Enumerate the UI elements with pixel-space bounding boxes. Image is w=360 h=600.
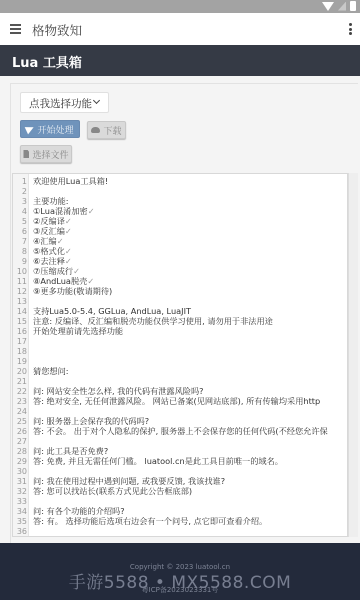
- editor-line: 17: [13, 336, 348, 346]
- line-number: 36: [13, 527, 27, 537]
- line-text: ③反汇编✓: [33, 226, 72, 236]
- line-text: 开始处理前请先选择功能: [33, 326, 123, 336]
- line-text: ⑧AndLua脱壳✓: [33, 276, 94, 286]
- line-content: ⑦压缩成行: [33, 266, 73, 276]
- status-bar: [0, 0, 360, 13]
- line-text: 猜您想问:: [33, 366, 69, 376]
- battery-icon: [350, 1, 356, 11]
- function-select[interactable]: 点我选择功能: [20, 92, 109, 113]
- editor-line: 23答: 绝对安全, 无任何泄露风险。 网站已备案(见网站底部), 所有传输均采…: [13, 396, 348, 406]
- line-text: ④汇编✓: [33, 236, 64, 246]
- line-content: 答: 有。 选择功能后选项右边会有一个问号, 点它即可查看介绍。: [33, 516, 267, 526]
- checkmark-icon: ✓: [65, 226, 72, 236]
- editor-line: 14支持Lua5.0-5.4, GGLua, AndLua, LuaJIT: [13, 306, 348, 316]
- line-text: 问: 此工具是否免费?: [33, 446, 108, 456]
- line-text: ⑨更多功能(敬请期待): [33, 286, 112, 296]
- editor-line: 4①Lua混淆加密✓: [13, 206, 348, 216]
- line-content: 问: 有各个功能的介绍吗?: [33, 506, 125, 516]
- line-text: 答: 不会。 出于对个人隐私的保护, 服务器上不会保存您的任何代码(不经您允许保: [33, 426, 328, 436]
- editor-line: 36: [13, 526, 348, 536]
- line-content: ⑤格式化: [33, 246, 65, 256]
- chevron-down-icon: [93, 97, 100, 104]
- line-content: ⑧AndLua脱壳: [33, 276, 87, 286]
- function-select-value: 点我选择功能: [29, 98, 92, 110]
- editor-line: 16开始处理前请先选择功能: [13, 326, 348, 336]
- editor-line: 28问: 此工具是否免费?: [13, 446, 348, 456]
- line-text: ⑦压缩成行✓: [33, 266, 80, 276]
- line-content: 问: 我在使用过程中遇到问题, 或我要反馈, 我该找谁?: [33, 476, 225, 486]
- paper-plane-icon: [25, 124, 36, 135]
- app-bar: 格物致知: [0, 13, 360, 45]
- line-text: 问: 服务器上会保存我的代码吗?: [33, 416, 149, 426]
- editor-line: 34问: 有各个功能的介绍吗?: [13, 506, 348, 516]
- checkmark-icon: ✓: [88, 206, 95, 216]
- line-content: 欢迎使用Lua工具箱!: [33, 176, 108, 186]
- checkmark-icon: ✓: [73, 266, 80, 276]
- editor-line: 1欢迎使用Lua工具箱!: [13, 176, 348, 186]
- code-editor[interactable]: 1欢迎使用Lua工具箱!23主要功能:4①Lua混淆加密✓5②反编译✓6③反汇编…: [12, 173, 348, 537]
- checkmark-icon: ✓: [65, 216, 72, 226]
- editor-line: 9⑥去注释✓: [13, 256, 348, 266]
- line-content: 答: 您可以找站长(联系方式见此公告框底部): [33, 486, 192, 496]
- line-text: ②反编译✓: [33, 216, 72, 226]
- line-content: 答: 免费, 并且无需任何门槛。 luatool.cn是此工具目前唯一的域名。: [33, 456, 283, 466]
- editor-line: 6③反汇编✓: [13, 226, 348, 236]
- line-text: 问: 网站安全性怎么样, 我的代码有泄露风险吗?: [33, 386, 203, 396]
- editor-line: 33: [13, 496, 348, 506]
- footer: Copyright © 2023 luatool.cn 手游5588 • MX5…: [0, 543, 360, 600]
- line-text: 问: 我在使用过程中遇到问题, 或我要反馈, 我该找谁?: [33, 476, 225, 486]
- line-content: 主要功能:: [33, 196, 69, 206]
- editor-line: 29答: 免费, 并且无需任何门槛。 luatool.cn是此工具目前唯一的域名…: [13, 456, 348, 466]
- editor-line: 2: [13, 186, 348, 196]
- line-content: ①Lua混淆加密: [33, 206, 88, 216]
- line-text: ⑤格式化✓: [33, 246, 72, 256]
- line-content: ③反汇编: [33, 226, 65, 236]
- line-content: 问: 服务器上会保存我的代码吗?: [33, 416, 149, 426]
- line-text: 答: 您可以找站长(联系方式见此公告框底部): [33, 486, 192, 496]
- start-process-button[interactable]: 开始处理: [20, 120, 80, 138]
- line-text: 主要功能:: [33, 196, 69, 206]
- line-content: 支持Lua5.0-5.4, GGLua, AndLua, LuaJIT: [33, 306, 191, 316]
- editor-line: 18: [13, 346, 348, 356]
- page-title: Lua 工具箱: [12, 52, 82, 71]
- choose-file-label: 选择文件: [32, 148, 68, 161]
- checkmark-icon: ✓: [57, 236, 64, 246]
- editor-line: 30: [13, 466, 348, 476]
- line-text: ①Lua混淆加密✓: [33, 206, 95, 216]
- line-content: 注意: 反编译、反汇编和脱壳功能仅供学习使用, 请勿用于非法用途: [33, 316, 273, 326]
- page-header: Lua 工具箱: [0, 45, 360, 76]
- editor-line: 11⑧AndLua脱壳✓: [13, 276, 348, 286]
- line-content: ⑥去注释: [33, 256, 65, 266]
- editor-line: 35答: 有。 选择功能后选项右边会有一个问号, 点它即可查看介绍。: [13, 516, 348, 526]
- editor-lines: 1欢迎使用Lua工具箱!23主要功能:4①Lua混淆加密✓5②反编译✓6③反汇编…: [13, 176, 348, 536]
- editor-line: 15注意: 反编译、反汇编和脱壳功能仅供学习使用, 请勿用于非法用途: [13, 316, 348, 326]
- icp-link[interactable]: 粤ICP备2023023331号: [0, 585, 360, 595]
- editor-line: 27: [13, 436, 348, 446]
- checkmark-icon: ✓: [87, 276, 94, 286]
- line-text: 答: 绝对安全, 无任何泄露风险。 网站已备案(见网站底部), 所有传输均采用h…: [33, 396, 320, 406]
- editor-line: 8⑤格式化✓: [13, 246, 348, 256]
- line-content: ②反编译: [33, 216, 65, 226]
- line-text: 支持Lua5.0-5.4, GGLua, AndLua, LuaJIT: [33, 306, 191, 316]
- line-content: 开始处理前请先选择功能: [33, 326, 123, 336]
- line-content: 问: 网站安全性怎么样, 我的代码有泄露风险吗?: [33, 386, 203, 396]
- line-content: ④汇编: [33, 236, 57, 246]
- line-content: ⑨更多功能(敬请期待): [33, 286, 112, 296]
- editor-line: 32答: 您可以找站长(联系方式见此公告框底部): [13, 486, 348, 496]
- editor-line: 7④汇编✓: [13, 236, 348, 246]
- hamburger-icon[interactable]: [10, 24, 21, 33]
- editor-line: 12⑨更多功能(敬请期待): [13, 286, 348, 296]
- editor-line: 10⑦压缩成行✓: [13, 266, 348, 276]
- line-text: 欢迎使用Lua工具箱!: [33, 176, 108, 186]
- file-icon: [23, 150, 29, 158]
- signal-icon: [338, 2, 346, 11]
- wifi-icon: [322, 2, 334, 11]
- line-content: 答: 不会。 出于对个人隐私的保护, 服务器上不会保存您的任何代码(不经您允许保: [33, 426, 328, 436]
- editor-line: 13: [13, 296, 348, 306]
- choose-file-button[interactable]: 选择文件: [20, 145, 72, 163]
- kebab-icon[interactable]: [349, 23, 352, 37]
- line-content: 猜您想问:: [33, 366, 69, 376]
- line-content: 问: 此工具是否免费?: [33, 446, 108, 456]
- line-text: 注意: 反编译、反汇编和脱壳功能仅供学习使用, 请勿用于非法用途: [33, 316, 273, 326]
- editor-line: 26答: 不会。 出于对个人隐私的保护, 服务器上不会保存您的任何代码(不经您允…: [13, 426, 348, 436]
- line-text: 答: 免费, 并且无需任何门槛。 luatool.cn是此工具目前唯一的域名。: [33, 456, 283, 466]
- cloud-download-icon: [91, 127, 100, 133]
- checkmark-icon: ✓: [65, 256, 72, 266]
- line-content: 答: 绝对安全, 无任何泄露风险。 网站已备案(见网站底部), 所有传输均采用h…: [33, 396, 320, 406]
- editor-line: 31问: 我在使用过程中遇到问题, 或我要反馈, 我该找谁?: [13, 476, 348, 486]
- editor-line: 21: [13, 376, 348, 386]
- start-process-label: 开始处理: [37, 123, 73, 136]
- editor-line: 25问: 服务器上会保存我的代码吗?: [13, 416, 348, 426]
- editor-line: 5②反编译✓: [13, 216, 348, 226]
- editor-line: 19: [13, 356, 348, 366]
- app-title: 格物致知: [32, 21, 82, 39]
- download-label: 下载: [103, 124, 121, 137]
- editor-scrollbar[interactable]: [348, 173, 358, 537]
- line-text: 问: 有各个功能的介绍吗?: [33, 506, 125, 516]
- editor-line: 24: [13, 406, 348, 416]
- editor-line: 22问: 网站安全性怎么样, 我的代码有泄露风险吗?: [13, 386, 348, 396]
- editor-line: 20猜您想问:: [13, 366, 348, 376]
- checkmark-icon: ✓: [65, 246, 72, 256]
- line-text: 答: 有。 选择功能后选项右边会有一个问号, 点它即可查看介绍。: [33, 516, 267, 526]
- download-button[interactable]: 下载: [87, 121, 126, 139]
- editor-line: 3主要功能:: [13, 196, 348, 206]
- line-text: ⑥去注释✓: [33, 256, 72, 266]
